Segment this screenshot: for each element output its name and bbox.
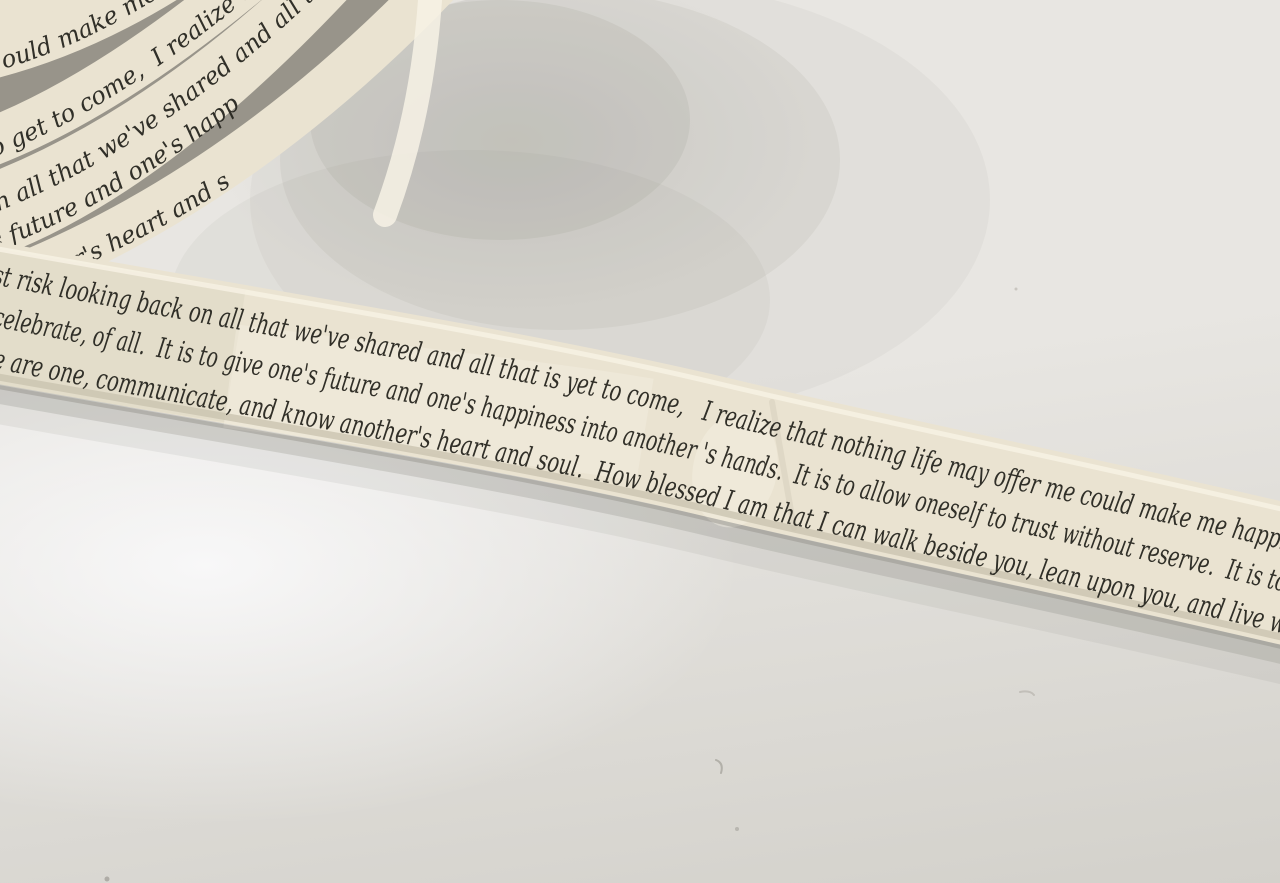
dust-speck (1015, 288, 1018, 291)
dust-speck (105, 877, 110, 882)
dust-speck (1020, 691, 1034, 695)
dust-speck (716, 760, 722, 773)
ribbon-scene: ould make me to get to come, I realize t… (0, 0, 1280, 883)
dust-speck (735, 827, 739, 831)
photo-canvas: ould make me to get to come, I realize t… (0, 0, 1280, 883)
